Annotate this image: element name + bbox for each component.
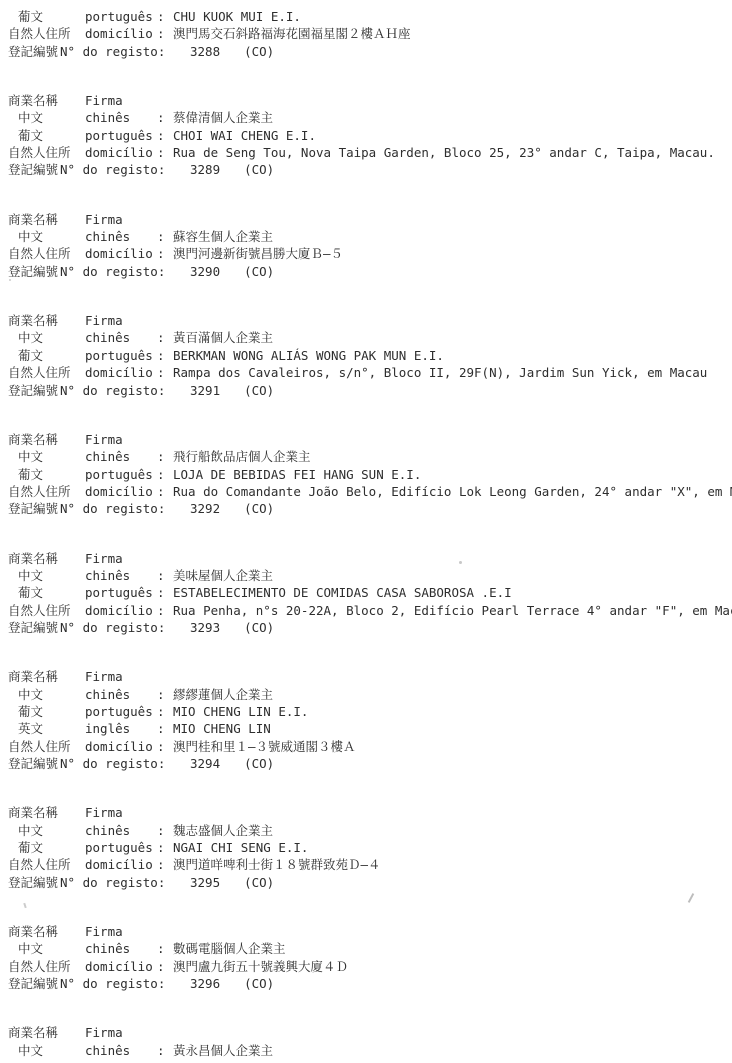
pt-label: português: [85, 347, 149, 364]
colon-separator: :: [149, 228, 173, 245]
zh-label: 商業名稱: [8, 923, 85, 940]
field-value: Rua de Seng Tou, Nova Taipa Garden, Bloc…: [173, 144, 732, 161]
pt-label: chinês: [85, 940, 149, 957]
zh-label: 登記編號: [8, 382, 60, 399]
zh-label: 自然人住所: [8, 364, 85, 381]
zh-label: 商業名稱: [8, 1024, 85, 1041]
pt-label: domicílio: [85, 602, 149, 619]
pt-label: chinês: [85, 109, 149, 126]
zh-label: 商業名稱: [8, 92, 85, 109]
business-name-row: 商業名稱Firma: [8, 668, 732, 685]
pt-label: Firma: [85, 431, 149, 448]
portuguese-name-row: 葡文português:CHOI WAI CHENG E.I.: [8, 127, 732, 144]
zh-label: 自然人住所: [8, 856, 85, 873]
field-value: Rampa dos Cavaleiros, s/n°, Bloco II, 29…: [173, 364, 732, 381]
zh-label: 商業名稱: [8, 668, 85, 685]
registration-row: 登記編號N° do registo:3288(CO): [8, 43, 732, 60]
business-name-row: 商業名稱Firma: [8, 923, 732, 940]
registry-entry: 商業名稱Firma中文chinês:黃永昌個人企業主: [8, 1024, 732, 1059]
zh-label: 自然人住所: [8, 602, 85, 619]
zh-label: 自然人住所: [8, 958, 85, 975]
zh-label: 自然人住所: [8, 738, 85, 755]
scan-artifact: [459, 561, 462, 564]
registration-code: (CO): [244, 755, 274, 772]
registry-entry: 商業名稱Firma中文chinês:魏志盛個人企業主葡文português:NG…: [8, 804, 732, 891]
pt-label: domicílio: [85, 364, 149, 381]
domicile-row: 自然人住所domicílio:Rua Penha, n°s 20-22A, Bl…: [8, 602, 732, 619]
pt-label: chinês: [85, 1042, 149, 1059]
colon-separator: :: [149, 822, 173, 839]
field-value: 黃百滿個人企業主: [173, 329, 732, 346]
registration-row: 登記編號N° do registo:3294(CO): [8, 755, 732, 772]
pt-label: português: [85, 584, 149, 601]
zh-label: 商業名稱: [8, 211, 85, 228]
domicile-row: 自然人住所domicílio:Rua de Seng Tou, Nova Tai…: [8, 144, 732, 161]
registration-code: (CO): [244, 874, 274, 891]
pt-label: Firma: [85, 312, 149, 329]
colon-separator: :: [149, 8, 173, 25]
pt-label: chinês: [85, 448, 149, 465]
chinese-name-row: 中文chinês:魏志盛個人企業主: [8, 822, 732, 839]
registration-number: 3294: [190, 755, 220, 772]
colon-separator: :: [149, 25, 173, 42]
zh-label: 中文: [8, 822, 85, 839]
pt-label: domicílio: [85, 245, 149, 262]
registration-number: 3289: [190, 161, 220, 178]
pt-label: português: [85, 127, 149, 144]
zh-label: 自然人住所: [8, 144, 85, 161]
zh-label: 登記編號: [8, 263, 60, 280]
field-value: 繆繆蓮個人企業主: [173, 686, 732, 703]
colon-separator: :: [149, 958, 173, 975]
field-value: Rua Penha, n°s 20-22A, Bloco 2, Edifício…: [173, 602, 732, 619]
pt-label: português: [85, 703, 149, 720]
pt-label: Firma: [85, 668, 149, 685]
zh-label: 中文: [8, 686, 85, 703]
pt-label: N° do registo:: [60, 500, 174, 517]
zh-label: 葡文: [8, 8, 85, 25]
registration-number: 3292: [190, 500, 220, 517]
field-value: 魏志盛個人企業主: [173, 822, 732, 839]
registration-number: 3295: [190, 874, 220, 891]
field-value: 澳門道咩啤利士街１８號群致苑Ｄ—４: [173, 856, 732, 873]
registration-row: 登記編號N° do registo:3296(CO): [8, 975, 732, 992]
colon-separator: :: [149, 839, 173, 856]
pt-label: domicílio: [85, 856, 149, 873]
business-name-row: 商業名稱Firma: [8, 550, 732, 567]
pt-label: Firma: [85, 92, 149, 109]
zh-label: 自然人住所: [8, 483, 85, 500]
field-value: LOJA DE BEBIDAS FEI HANG SUN E.I.: [173, 466, 732, 483]
chinese-name-row: 中文chinês:黃百滿個人企業主: [8, 329, 732, 346]
pt-label: chinês: [85, 567, 149, 584]
colon-separator: :: [149, 347, 173, 364]
registry-entry: 商業名稱Firma中文chinês:飛行船飲品店個人企業主葡文português…: [8, 431, 732, 518]
business-name-row: 商業名稱Firma: [8, 312, 732, 329]
registration-code: (CO): [244, 500, 274, 517]
field-value: CHOI WAI CHENG E.I.: [173, 127, 732, 144]
registration-number: 3290: [190, 263, 220, 280]
zh-label: 中文: [8, 448, 85, 465]
field-value: ESTABELECIMENTO DE COMIDAS CASA SABOROSA…: [173, 584, 732, 601]
pt-label: N° do registo:: [60, 263, 174, 280]
registration-code: (CO): [244, 975, 274, 992]
registration-code: (CO): [244, 263, 274, 280]
english-name-row: 英文inglês:MIO CHENG LIN: [8, 720, 732, 737]
pt-label: português: [85, 839, 149, 856]
pt-label: N° do registo:: [60, 43, 174, 60]
zh-label: 英文: [8, 720, 85, 737]
field-value: NGAI CHI SENG E.I.: [173, 839, 732, 856]
pt-label: Firma: [85, 550, 149, 567]
registry-entry: 商業名稱Firma中文chinês:蔡偉清個人企業主葡文português:CH…: [8, 92, 732, 179]
portuguese-name-row: 葡文português:BERKMAN WONG ALIÁS WONG PAK …: [8, 347, 732, 364]
colon-separator: :: [149, 703, 173, 720]
registration-number: 3296: [190, 975, 220, 992]
pt-label: Firma: [85, 804, 149, 821]
colon-separator: :: [149, 686, 173, 703]
colon-separator: :: [149, 466, 173, 483]
registry-page: 葡文português:CHU KUOK MUI E.I.自然人住所domicí…: [0, 0, 732, 1063]
pt-label: português: [85, 466, 149, 483]
scan-artifact: [9, 279, 11, 281]
zh-label: 中文: [8, 329, 85, 346]
domicile-row: 自然人住所domicílio:澳門河邊新街號昌勝大廈Ｂ—５: [8, 245, 732, 262]
colon-separator: :: [149, 483, 173, 500]
chinese-name-row: 中文chinês:飛行船飲品店個人企業主: [8, 448, 732, 465]
zh-label: 葡文: [8, 347, 85, 364]
field-value: 澳門桂和里１—３號威通閣３樓Ａ: [173, 738, 732, 755]
zh-label: 商業名稱: [8, 431, 85, 448]
registration-number: 3288: [190, 43, 220, 60]
zh-label: 登記編號: [8, 43, 60, 60]
registry-entry: 商業名稱Firma中文chinês:數碼電腦個人企業主自然人住所domicíli…: [8, 923, 732, 992]
field-value: 黃永昌個人企業主: [173, 1042, 732, 1059]
domicile-row: 自然人住所domicílio:Rampa dos Cavaleiros, s/n…: [8, 364, 732, 381]
pt-label: domicílio: [85, 483, 149, 500]
pt-label: N° do registo:: [60, 975, 174, 992]
field-value: BERKMAN WONG ALIÁS WONG PAK MUN E.I.: [173, 347, 732, 364]
field-value: 澳門馬交石斜路福海花園福星閣２樓ＡＨ座: [173, 25, 732, 42]
zh-label: 自然人住所: [8, 25, 85, 42]
field-value: 澳門河邊新街號昌勝大廈Ｂ—５: [173, 245, 732, 262]
zh-label: 葡文: [8, 839, 85, 856]
zh-label: 登記編號: [8, 619, 60, 636]
registry-entry: 商業名稱Firma中文chinês:黃百滿個人企業主葡文português:BE…: [8, 312, 732, 399]
zh-label: 葡文: [8, 584, 85, 601]
scan-artifact: [23, 903, 26, 908]
registration-row: 登記編號N° do registo:3290(CO): [8, 263, 732, 280]
registration-row: 登記編號N° do registo:3293(CO): [8, 619, 732, 636]
pt-label: N° do registo:: [60, 161, 174, 178]
colon-separator: :: [149, 329, 173, 346]
registration-row: 登記編號N° do registo:3295(CO): [8, 874, 732, 891]
domicile-row: 自然人住所domicílio:Rua do Comandante João Be…: [8, 483, 732, 500]
scan-artifact: [688, 893, 694, 903]
pt-label: Firma: [85, 923, 149, 940]
field-value: 數碼電腦個人企業主: [173, 940, 732, 957]
colon-separator: :: [149, 567, 173, 584]
registry-entry: 商業名稱Firma中文chinês:繆繆蓮個人企業主葡文português:MI…: [8, 668, 732, 772]
zh-label: 中文: [8, 567, 85, 584]
registration-code: (CO): [244, 161, 274, 178]
chinese-name-row: 中文chinês:美味屋個人企業主: [8, 567, 732, 584]
registration-code: (CO): [244, 382, 274, 399]
colon-separator: :: [149, 1042, 173, 1059]
registry-entry: 商業名稱Firma中文chinês:蘇容生個人企業主自然人住所domicílio…: [8, 211, 732, 280]
pt-label: N° do registo:: [60, 755, 174, 772]
pt-label: domicílio: [85, 144, 149, 161]
pt-label: domicílio: [85, 958, 149, 975]
business-name-row: 商業名稱Firma: [8, 92, 732, 109]
zh-label: 葡文: [8, 703, 85, 720]
chinese-name-row: 中文chinês:蘇容生個人企業主: [8, 228, 732, 245]
pt-label: inglês: [85, 720, 149, 737]
registry-entry: 葡文português:CHU KUOK MUI E.I.自然人住所domicí…: [8, 8, 732, 60]
business-name-row: 商業名稱Firma: [8, 804, 732, 821]
domicile-row: 自然人住所domicílio:澳門盧九街五十號義興大廈４Ｄ: [8, 958, 732, 975]
zh-label: 登記編號: [8, 161, 60, 178]
colon-separator: :: [149, 144, 173, 161]
colon-separator: :: [149, 940, 173, 957]
business-name-row: 商業名稱Firma: [8, 211, 732, 228]
domicile-row: 自然人住所domicílio:澳門桂和里１—３號威通閣３樓Ａ: [8, 738, 732, 755]
pt-label: N° do registo:: [60, 619, 174, 636]
domicile-row: 自然人住所domicílio:澳門道咩啤利士街１８號群致苑Ｄ—４: [8, 856, 732, 873]
pt-label: Firma: [85, 1024, 149, 1041]
portuguese-name-row: 葡文português:CHU KUOK MUI E.I.: [8, 8, 732, 25]
portuguese-name-row: 葡文português:MIO CHENG LIN E.I.: [8, 703, 732, 720]
zh-label: 中文: [8, 1042, 85, 1059]
chinese-name-row: 中文chinês:蔡偉清個人企業主: [8, 109, 732, 126]
zh-label: 自然人住所: [8, 245, 85, 262]
colon-separator: :: [149, 109, 173, 126]
field-value: CHU KUOK MUI E.I.: [173, 8, 732, 25]
registration-row: 登記編號N° do registo:3291(CO): [8, 382, 732, 399]
pt-label: chinês: [85, 228, 149, 245]
field-value: 蘇容生個人企業主: [173, 228, 732, 245]
zh-label: 登記編號: [8, 874, 60, 891]
field-value: 蔡偉清個人企業主: [173, 109, 732, 126]
pt-label: chinês: [85, 329, 149, 346]
colon-separator: :: [149, 364, 173, 381]
chinese-name-row: 中文chinês:繆繆蓮個人企業主: [8, 686, 732, 703]
registry-entry: 商業名稱Firma中文chinês:美味屋個人企業主葡文português:ES…: [8, 550, 732, 637]
chinese-name-row: 中文chinês:數碼電腦個人企業主: [8, 940, 732, 957]
zh-label: 中文: [8, 228, 85, 245]
zh-label: 中文: [8, 940, 85, 957]
colon-separator: :: [149, 584, 173, 601]
zh-label: 登記編號: [8, 975, 60, 992]
pt-label: domicílio: [85, 738, 149, 755]
zh-label: 登記編號: [8, 500, 60, 517]
pt-label: Firma: [85, 211, 149, 228]
field-value: MIO CHENG LIN E.I.: [173, 703, 732, 720]
zh-label: 登記編號: [8, 755, 60, 772]
colon-separator: :: [149, 602, 173, 619]
portuguese-name-row: 葡文português:ESTABELECIMENTO DE COMIDAS C…: [8, 584, 732, 601]
registration-number: 3291: [190, 382, 220, 399]
portuguese-name-row: 葡文português:NGAI CHI SENG E.I.: [8, 839, 732, 856]
business-name-row: 商業名稱Firma: [8, 1024, 732, 1041]
field-value: Rua do Comandante João Belo, Edifício Lo…: [173, 483, 732, 500]
colon-separator: :: [149, 245, 173, 262]
colon-separator: :: [149, 738, 173, 755]
chinese-name-row: 中文chinês:黃永昌個人企業主: [8, 1042, 732, 1059]
pt-label: chinês: [85, 686, 149, 703]
field-value: 澳門盧九街五十號義興大廈４Ｄ: [173, 958, 732, 975]
zh-label: 葡文: [8, 466, 85, 483]
zh-label: 中文: [8, 109, 85, 126]
registration-row: 登記編號N° do registo:3289(CO): [8, 161, 732, 178]
registration-number: 3293: [190, 619, 220, 636]
registration-code: (CO): [244, 619, 274, 636]
zh-label: 葡文: [8, 127, 85, 144]
registration-row: 登記編號N° do registo:3292(CO): [8, 500, 732, 517]
zh-label: 商業名稱: [8, 804, 85, 821]
registration-code: (CO): [244, 43, 274, 60]
pt-label: português: [85, 8, 149, 25]
colon-separator: :: [149, 127, 173, 144]
colon-separator: :: [149, 856, 173, 873]
zh-label: 商業名稱: [8, 312, 85, 329]
field-value: 美味屋個人企業主: [173, 567, 732, 584]
business-name-row: 商業名稱Firma: [8, 431, 732, 448]
domicile-row: 自然人住所domicílio:澳門馬交石斜路福海花園福星閣２樓ＡＨ座: [8, 25, 732, 42]
pt-label: N° do registo:: [60, 874, 174, 891]
pt-label: N° do registo:: [60, 382, 174, 399]
pt-label: domicílio: [85, 25, 149, 42]
portuguese-name-row: 葡文português:LOJA DE BEBIDAS FEI HANG SUN…: [8, 466, 732, 483]
zh-label: 商業名稱: [8, 550, 85, 567]
colon-separator: :: [149, 448, 173, 465]
field-value: 飛行船飲品店個人企業主: [173, 448, 732, 465]
colon-separator: :: [149, 720, 173, 737]
pt-label: chinês: [85, 822, 149, 839]
field-value: MIO CHENG LIN: [173, 720, 732, 737]
